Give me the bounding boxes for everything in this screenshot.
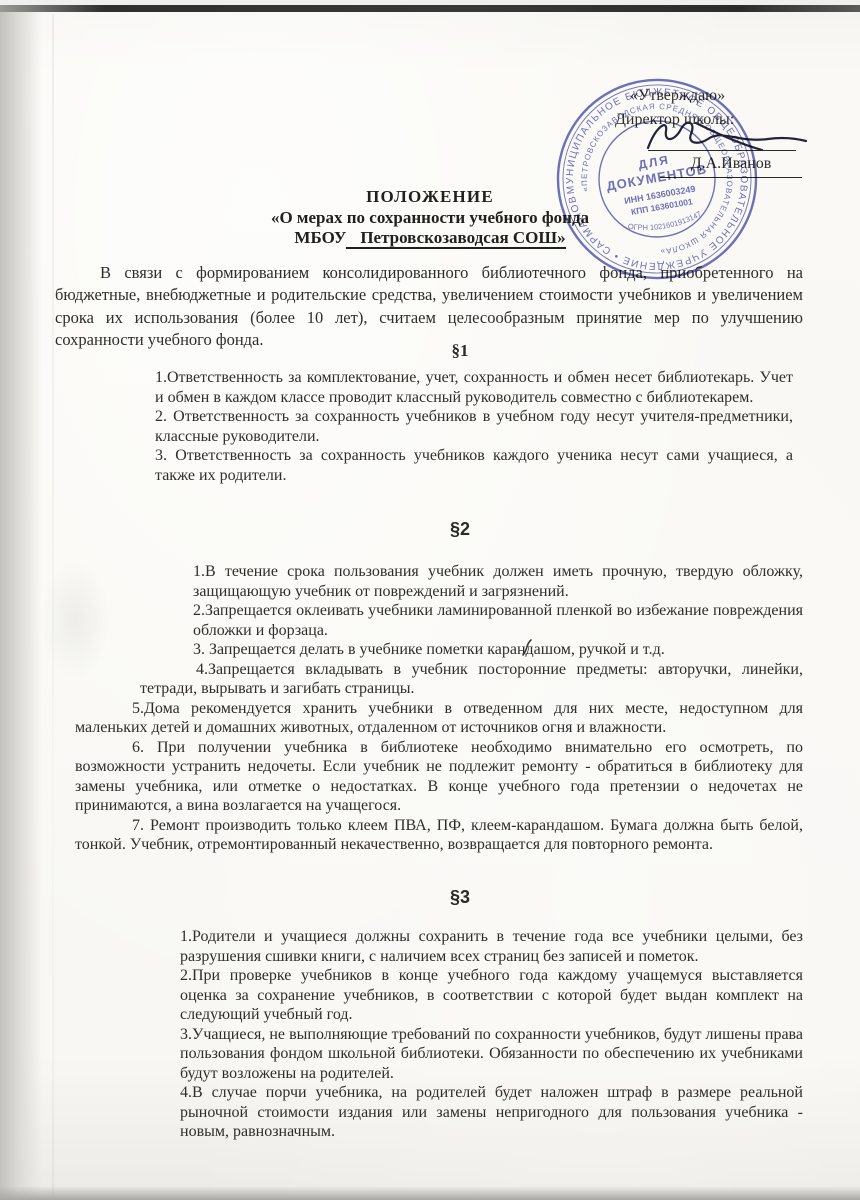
round-stamp: МУНИЦИПАЛЬНОЕ БЮДЖЕТНОЕ ОБЩЕОБРАЗОВАТЕЛЬ… <box>535 57 778 300</box>
rule-item: 1.Ответственность за комплектование, уче… <box>155 368 793 407</box>
section-2-heading: §2 <box>0 519 860 540</box>
rule-item: 4.В случае порчи учебника, на родителей … <box>180 1083 803 1142</box>
section-3-items: 1.Родители и учащиеся должны сохранить в… <box>0 927 860 1142</box>
rule-item: 2. Ответственность за сохранность учебни… <box>155 407 793 446</box>
rule-item: 3. Запрещается делать в учебнике пометки… <box>193 640 803 660</box>
org-abbrev: МБОУ <box>294 228 346 247</box>
scan-left-edge <box>0 10 42 1200</box>
pen-mark <box>521 639 535 656</box>
section-1-heading: §1 <box>0 341 860 361</box>
section-1-items: 1.Ответственность за комплектование, уче… <box>0 368 860 485</box>
rule-item: 1.Родители и учащиеся должны сохранить в… <box>180 927 803 966</box>
rule-item: 7. Ремонт производить только клеем ПВА, … <box>75 816 803 855</box>
rule-item: 3. Ответственность за сохранность учебни… <box>155 446 793 485</box>
section-2-items: 1.В течение срока пользования учебник до… <box>0 562 860 855</box>
scan-top-dark-edge <box>0 5 860 12</box>
scan-bottom-edge <box>0 1186 860 1200</box>
rule-item: 3.Учащиеся, не выполняющие требований по… <box>180 1025 803 1084</box>
org-name: Петровскозаводсая СОШ» <box>346 228 565 249</box>
rule-item: 2.Запрещается оклеивать учебники ламинир… <box>193 601 803 640</box>
section-3-heading: §3 <box>0 887 860 908</box>
rule-item: 2.При проверке учебников в конце учебног… <box>180 966 803 1025</box>
rule-item: 1.В течение срока пользования учебник до… <box>193 562 803 601</box>
rule-item: 5.Дома рекомендуется хранить учебники в … <box>75 699 803 738</box>
rule-item: 6. При получении учебника в библиотеке н… <box>75 738 803 816</box>
rule-item: 4.Запрещается вкладывать в учебник посто… <box>140 660 803 699</box>
scanned-document-page: «Утверждаю» Директор школы: Д.А.Иванов М… <box>0 0 860 1200</box>
